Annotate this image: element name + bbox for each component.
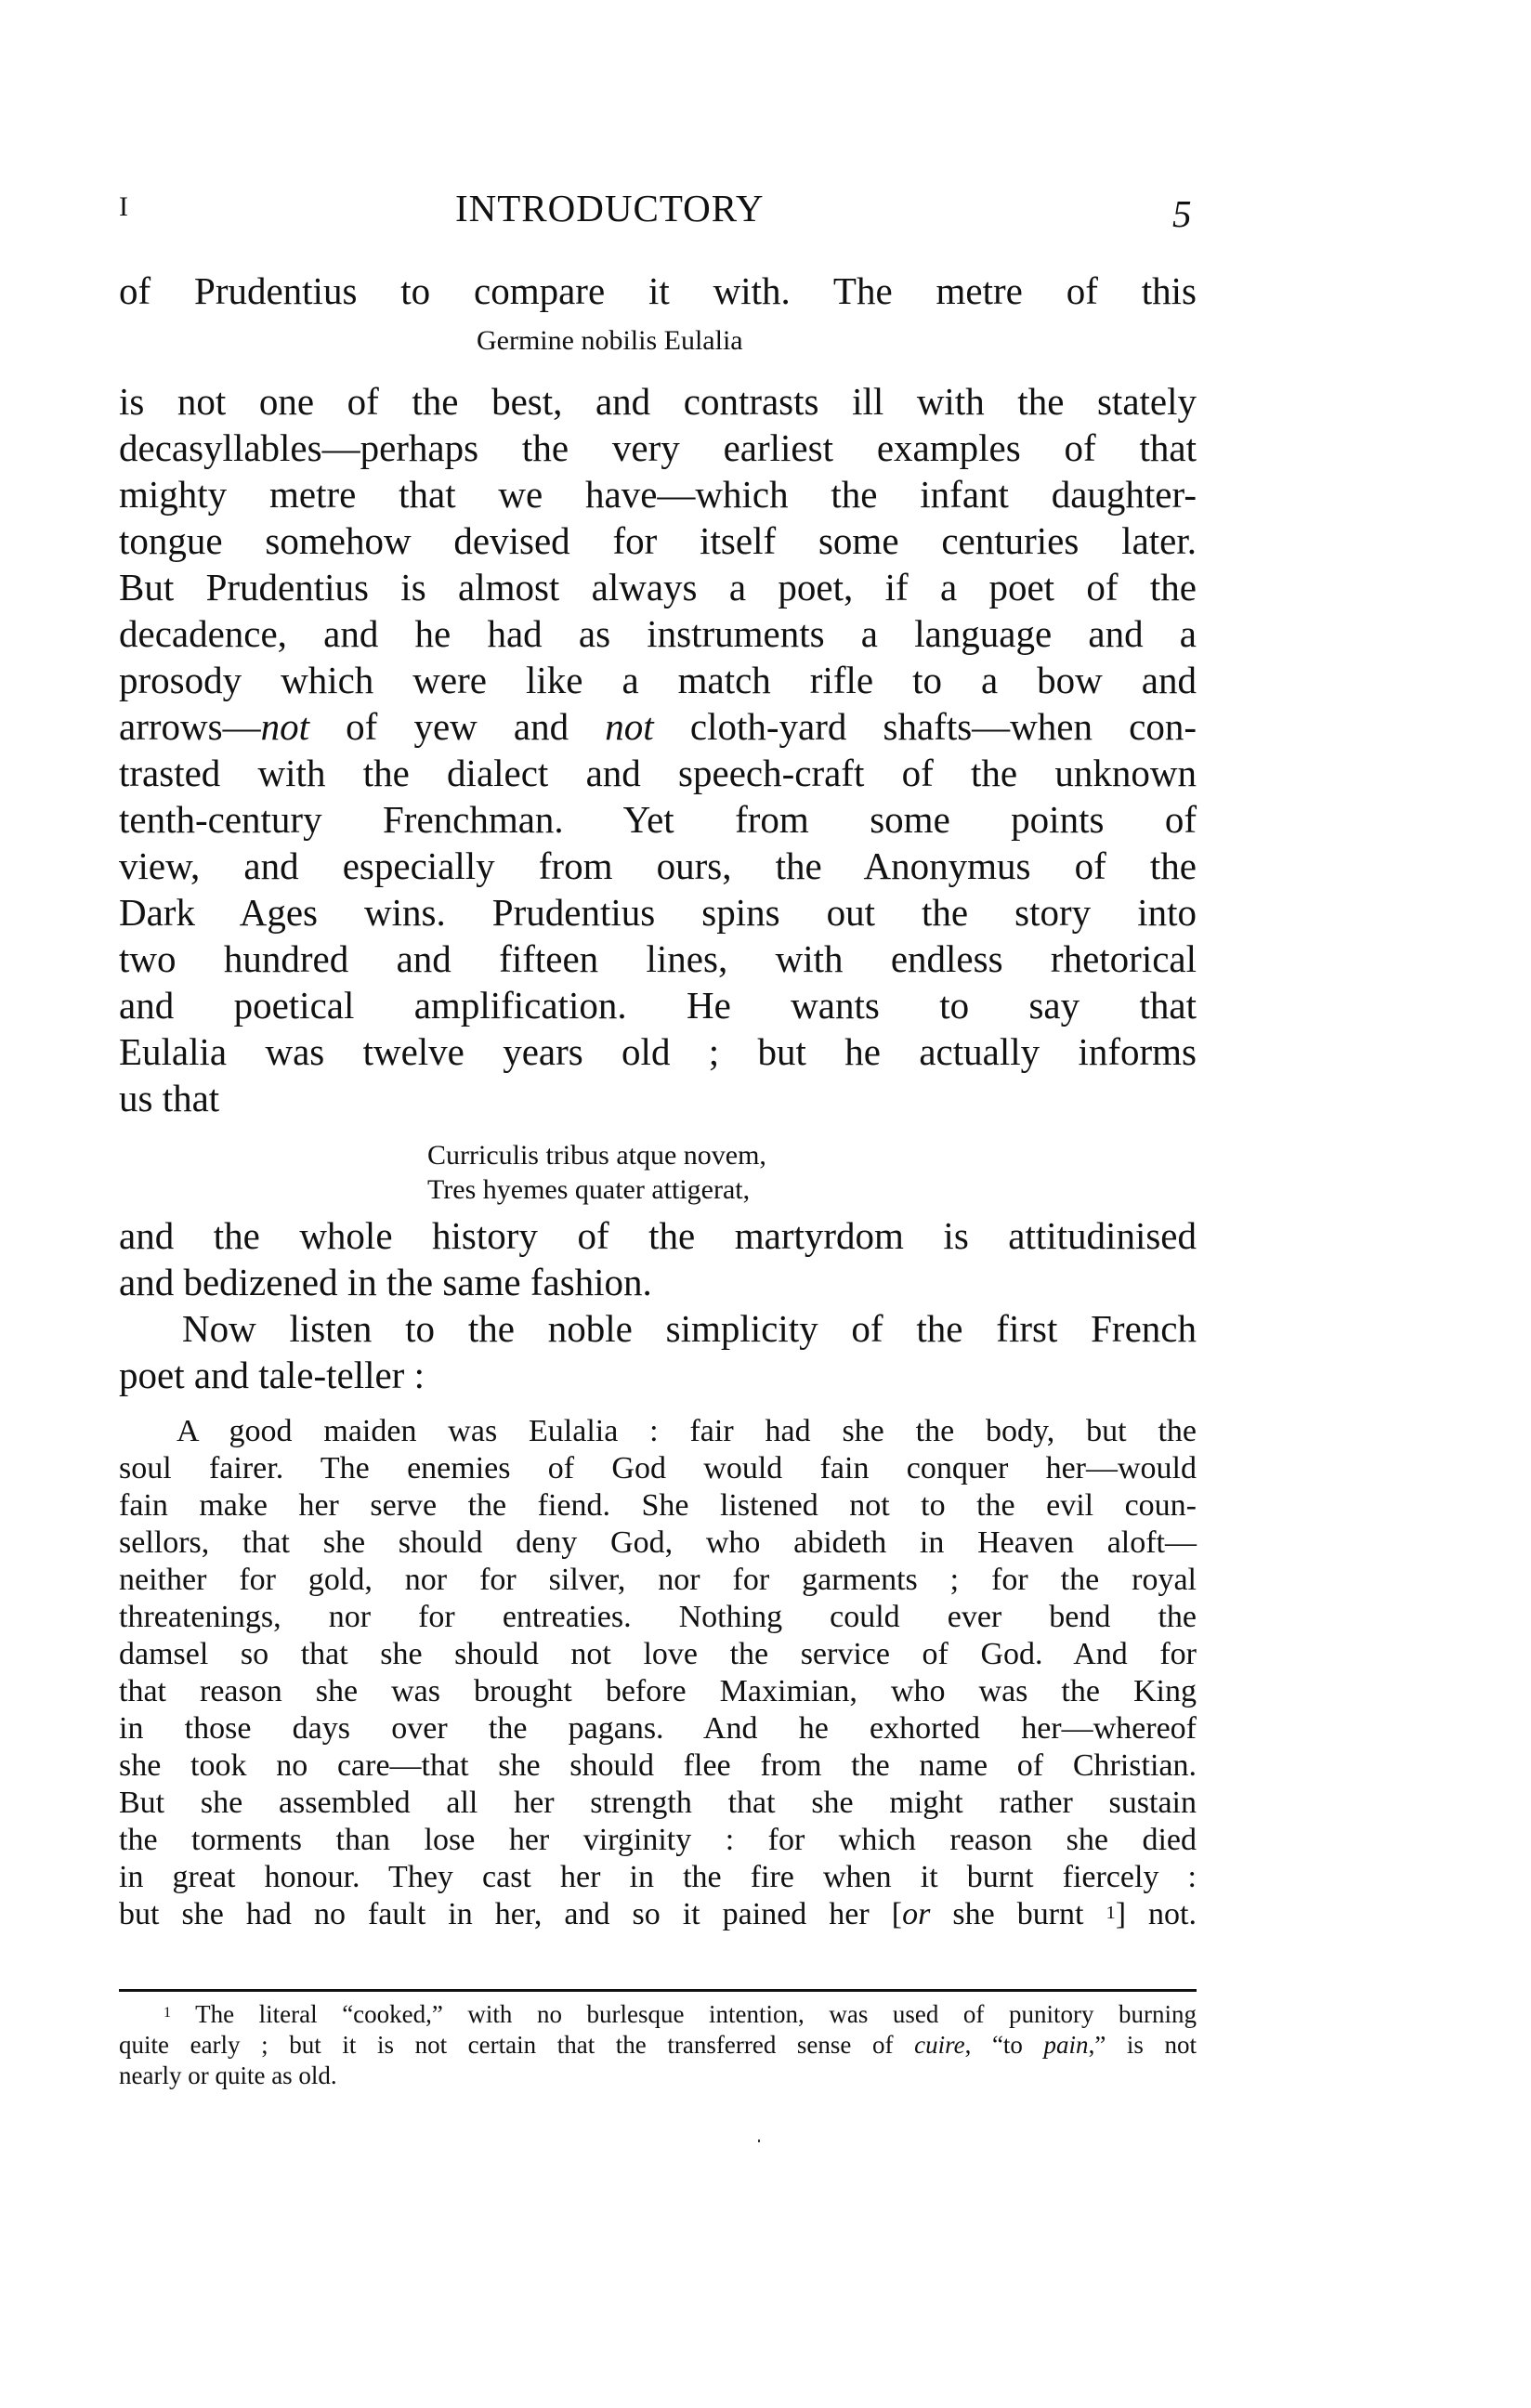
text: The literal “cooked,” with no burlesque …	[171, 2000, 1197, 2028]
body-line: is not one of the best, and contrasts il…	[119, 378, 1197, 425]
translation-line: in those days over the pagans. And he ex…	[119, 1710, 1197, 1747]
text: cloth-yard shafts—when con-	[654, 705, 1197, 748]
body-line: of Prudentius to compare it with. The me…	[119, 268, 1197, 314]
body-line-with-italics: arrows—not of yew and not cloth-yard sha…	[119, 703, 1197, 750]
text: she burnt	[930, 1897, 1106, 1931]
footnote-marker: 1	[164, 2004, 171, 2021]
body-line: decadence, and he had as instruments a l…	[119, 610, 1197, 657]
text: quite early ; but it is not certain that…	[119, 2031, 914, 2059]
translation-line: she took no care—that she should flee fr…	[119, 1747, 1197, 1785]
footnote-line: quite early ; but it is not certain that…	[119, 2030, 1197, 2061]
text: but she had no fault in her, and so it p…	[119, 1897, 902, 1931]
text: of yew and	[309, 705, 605, 748]
text: ] not.	[1116, 1897, 1197, 1931]
body-line: and bedizened in the same fashion.	[119, 1259, 1197, 1305]
body-line: trasted with the dialect and speech-craf…	[119, 750, 1197, 796]
footnote-line: 1 The literal “cooked,” with no burlesqu…	[164, 1999, 1197, 2030]
body-line: Dark Ages wins. Prudentius spins out the…	[119, 889, 1197, 936]
translation-line: neither for gold, nor for silver, nor fo…	[119, 1562, 1197, 1599]
translation-line: threatenings, nor for entreaties. Nothin…	[119, 1599, 1197, 1636]
body-line: prosody which were like a match rifle to…	[119, 657, 1197, 703]
verse-quote: Germine nobilis Eulalia	[477, 325, 743, 357]
verse-quote-line: Tres hyemes quater attigerat,	[427, 1174, 750, 1206]
translation-line-with-note: but she had no fault in her, and so it p…	[119, 1896, 1197, 1933]
body-line-indented: Now listen to the noble simplicity of th…	[182, 1305, 1197, 1352]
translation-line: sellors, that she should deny God, who a…	[119, 1525, 1197, 1562]
body-line: Eulalia was twelve years old ; but he ac…	[119, 1028, 1197, 1075]
text: ,” is not	[1089, 2031, 1197, 2059]
footnote-reference[interactable]: 1	[1106, 1903, 1116, 1923]
italic-text: not	[261, 705, 309, 748]
text: , “to	[965, 2031, 1044, 2059]
body-line: view, and especially from ours, the Anon…	[119, 843, 1197, 889]
translation-line: A good maiden was Eulalia : fair had she…	[177, 1413, 1197, 1450]
translation-line: fain make her serve the fiend. She liste…	[119, 1487, 1197, 1525]
body-line: But Prudentius is almost always a poet, …	[119, 564, 1197, 610]
text: arrows—	[119, 705, 261, 748]
translation-line: the torments than lose her virginity : f…	[119, 1822, 1197, 1859]
footnote-line: nearly or quite as old.	[119, 2061, 1197, 2091]
translation-line: damsel so that she should not love the s…	[119, 1636, 1197, 1673]
body-line: tenth-century Frenchman. Yet from some p…	[119, 796, 1197, 843]
page-number: 5	[1172, 191, 1193, 236]
italic-text: not	[605, 705, 653, 748]
body-line: poet and tale-teller :	[119, 1352, 1197, 1398]
print-speck	[758, 2140, 760, 2142]
translation-line: soul fairer. The enemies of God would fa…	[119, 1450, 1197, 1487]
body-line: and poetical amplification. He wants to …	[119, 982, 1197, 1028]
body-line: decasyllables—perhaps the very earliest …	[119, 425, 1197, 471]
body-line: tongue somehow devised for itself some c…	[119, 517, 1197, 564]
running-title: INTRODUCTORY	[455, 186, 764, 230]
body-line: two hundred and fifteen lines, with endl…	[119, 936, 1197, 982]
body-line: mighty metre that we have—which the infa…	[119, 471, 1197, 517]
translation-line: in great honour. They cast her in the fi…	[119, 1859, 1197, 1896]
translation-line: But she assembled all her strength that …	[119, 1785, 1197, 1822]
translation-line: that reason she was brought before Maxim…	[119, 1673, 1197, 1710]
body-line: us that	[119, 1075, 1197, 1121]
footnote-rule	[119, 1989, 1197, 1992]
body-line: and the whole history of the martyrdom i…	[119, 1212, 1197, 1259]
italic-text: cuire	[914, 2031, 964, 2059]
italic-text: pain	[1044, 2031, 1089, 2059]
chapter-numeral: I	[119, 191, 129, 223]
verse-quote-line: Curriculis tribus atque novem,	[427, 1140, 766, 1171]
italic-text: or	[902, 1897, 930, 1931]
